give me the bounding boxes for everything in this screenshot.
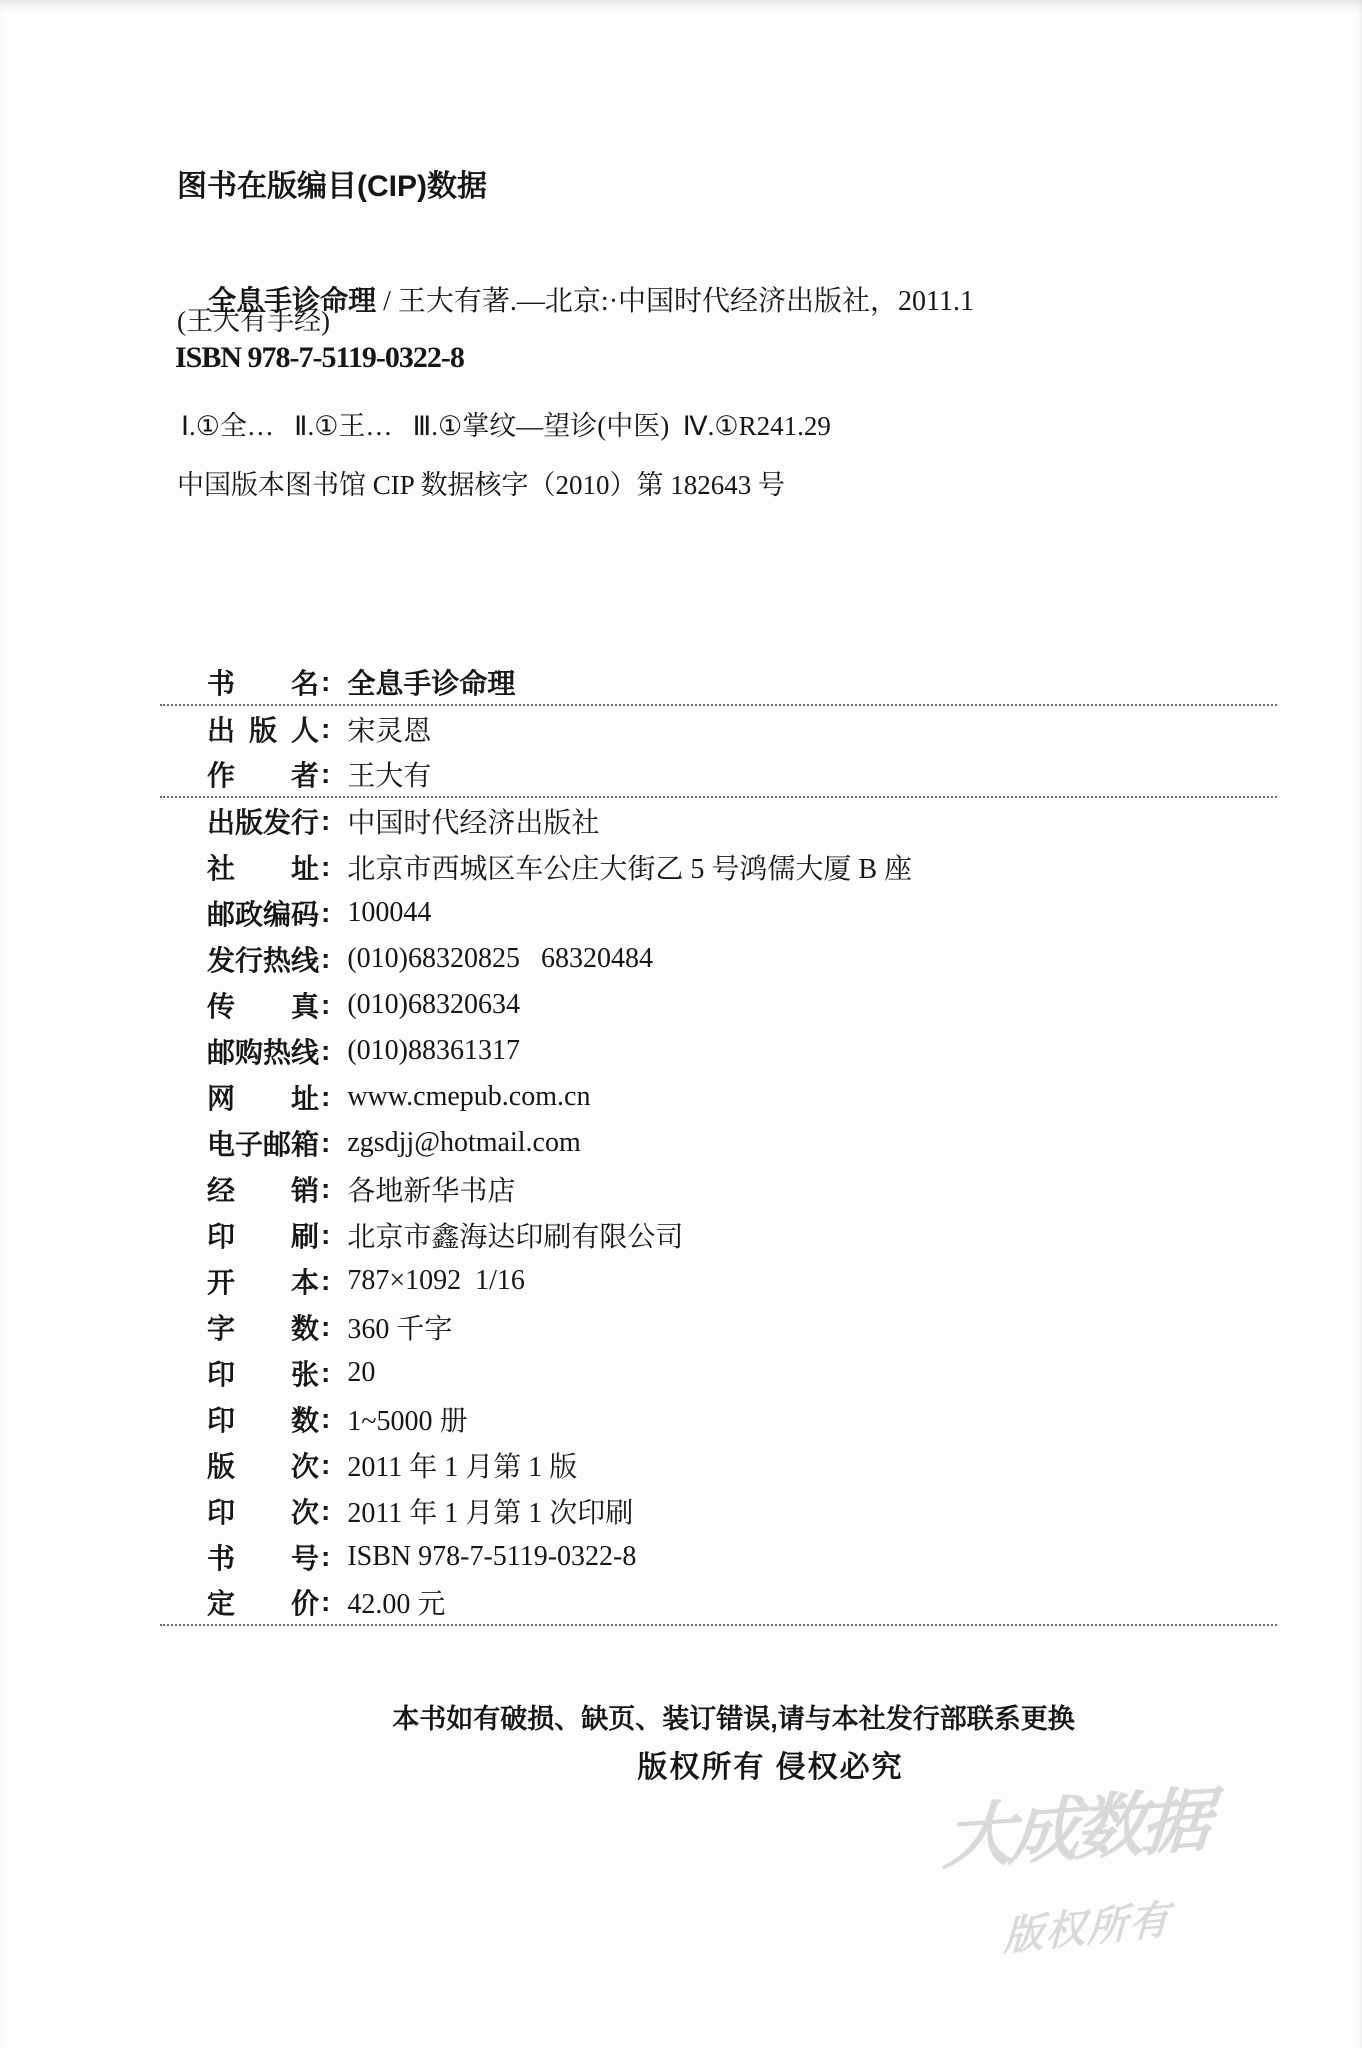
colophon-row-printer: 印刷: 北京市鑫海达印刷有限公司: [160, 1212, 1277, 1258]
colophon-row-isbn: 书号: ISBN 978-7-5119-0322-8: [160, 1534, 1277, 1580]
colophon-row-format: 开本: 787×1092 1/16: [160, 1258, 1277, 1304]
colophon-row-label: 网址: [207, 1077, 319, 1117]
colophon-row-wordcount: 字数: 360 千字: [160, 1304, 1277, 1350]
colophon-row-value: 1~5000 册: [347, 1399, 467, 1439]
colophon-row-price: 定价: 42.00 元: [160, 1580, 1277, 1626]
watermark-rights-reserved: 版权所有: [1003, 1887, 1172, 1962]
colophon-row-label: 邮政编码: [207, 893, 319, 933]
colophon-row-sheets: 印张: 20: [160, 1350, 1277, 1396]
cip-heading: 图书在版编目(CIP)数据: [177, 161, 487, 205]
colophon-row-value: (010)68320634: [347, 989, 520, 1021]
colophon-row-label: 发行热线: [207, 939, 319, 979]
colophon-row-label: 电子邮箱: [207, 1123, 319, 1163]
colophon-row-label: 印数: [207, 1399, 319, 1439]
colophon-row-label: 邮购热线: [207, 1031, 319, 1071]
colophon-row-value: 王大有: [347, 754, 431, 794]
damage-replacement-notice: 本书如有破损、缺页、装订错误,请与本社发行部联系更换: [160, 1697, 1277, 1736]
colophon-row-label: 定价: [207, 1582, 319, 1622]
colophon-row-value: (010)88361317: [347, 1035, 520, 1067]
colophon-row-print-run: 印数: 1~5000 册: [160, 1396, 1277, 1442]
colophon-row-value: www.cmepub.com.cn: [347, 1081, 590, 1113]
colophon-row-label: 字数: [207, 1307, 319, 1347]
colophon-row-author: 作者: 王大有: [160, 752, 1277, 798]
colophon-row-value: 2011 年 1 月第 1 版: [347, 1445, 577, 1485]
colophon-row-label: 出版人: [207, 709, 319, 749]
colophon-row-label: 印刷: [207, 1215, 319, 1255]
colophon-table: 书名: 全息手诊命理 出版人: 宋灵恩 作者: 王大有 出版发行: 中国时代经济…: [160, 660, 1277, 1626]
colophon-row-label: 书名: [207, 662, 319, 702]
colophon-row-value: 100044: [347, 897, 431, 929]
watermark-dacheng-data: 大成数据: [941, 1764, 1211, 1884]
cip-series-line: (王大有手经): [177, 299, 330, 338]
cip-registry-line: 中国版本图书馆 CIP 数据核字（2010）第 182643 号: [177, 463, 785, 502]
colophon-row-publisher-person: 出版人: 宋灵恩: [160, 706, 1277, 752]
colophon-row-value: 360 千字: [347, 1307, 452, 1347]
colophon-row-value: 各地新华书店: [347, 1169, 515, 1209]
colophon-row-value: 中国时代经济出版社: [347, 801, 599, 841]
colophon-row-label: 书号: [207, 1537, 319, 1577]
colophon-row-fax: 传真: (010)68320634: [160, 982, 1277, 1028]
cip-entry-rest: / 王大有著.—北京:·中国时代经济出版社，2011.1: [376, 286, 974, 317]
copyright-page: 图书在版编目(CIP)数据 全息手诊命理 / 王大有著.—北京:·中国时代经济出…: [0, 0, 1362, 2048]
colophon-row-mailorder-hotline: 邮购热线: (010)88361317: [160, 1028, 1277, 1074]
cip-classification-line: Ⅰ.①全… Ⅱ.①王… Ⅲ.①掌纹—望诊(中医) Ⅳ.①R241.29: [181, 404, 831, 443]
colophon-row-book-title: 书名: 全息手诊命理: [160, 660, 1277, 706]
colophon-row-label: 出版发行: [207, 801, 319, 841]
colophon-row-edition: 版次: 2011 年 1 月第 1 版: [160, 1442, 1277, 1488]
colophon-row-value: 北京市西城区车公庄大街乙 5 号鸿儒大厦 B 座: [347, 847, 912, 887]
colophon-row-value: 全息手诊命理: [347, 662, 515, 702]
colophon-row-value: 北京市鑫海达印刷有限公司: [347, 1215, 683, 1255]
colophon-row-label: 开本: [207, 1261, 319, 1301]
cip-isbn: ISBN 978-7-5119-0322-8: [175, 341, 464, 375]
colophon-row-value: 20: [347, 1357, 375, 1389]
colophon-row-publishing-house: 出版发行: 中国时代经济出版社: [160, 798, 1277, 844]
colophon-row-postcode: 邮政编码: 100044: [160, 890, 1277, 936]
colophon-row-value: 42.00 元: [347, 1582, 445, 1622]
colophon-row-label: 作者: [207, 754, 319, 794]
colophon-row-label: 印张: [207, 1353, 319, 1393]
colophon-row-label: 传真: [207, 985, 319, 1025]
colophon-row-value: 2011 年 1 月第 1 次印刷: [347, 1491, 633, 1531]
colophon-row-value: zgsdjj@hotmail.com: [347, 1127, 580, 1159]
colophon-row-value: (010)68320825 68320484: [347, 943, 653, 975]
colophon-row-value: 787×1092 1/16: [347, 1265, 525, 1297]
colophon-row-email: 电子邮箱: zgsdjj@hotmail.com: [160, 1120, 1277, 1166]
colophon-row-website: 网址: www.cmepub.com.cn: [160, 1074, 1277, 1120]
colophon-row-value: ISBN 978-7-5119-0322-8: [347, 1541, 636, 1573]
colophon-row-label: 印次: [207, 1491, 319, 1531]
colophon-row-address: 社址: 北京市西城区车公庄大街乙 5 号鸿儒大厦 B 座: [160, 844, 1277, 890]
colophon-row-value: 宋灵恩: [347, 709, 431, 749]
colophon-row-distribution: 经销: 各地新华书店: [160, 1166, 1277, 1212]
colophon-row-label: 版次: [207, 1445, 319, 1485]
colophon-row-label: 经销: [207, 1169, 319, 1209]
colophon-row-printing: 印次: 2011 年 1 月第 1 次印刷: [160, 1488, 1277, 1534]
colophon-row-label: 社址: [207, 847, 319, 887]
colophon-row-sales-hotline: 发行热线: (010)68320825 68320484: [160, 936, 1277, 982]
